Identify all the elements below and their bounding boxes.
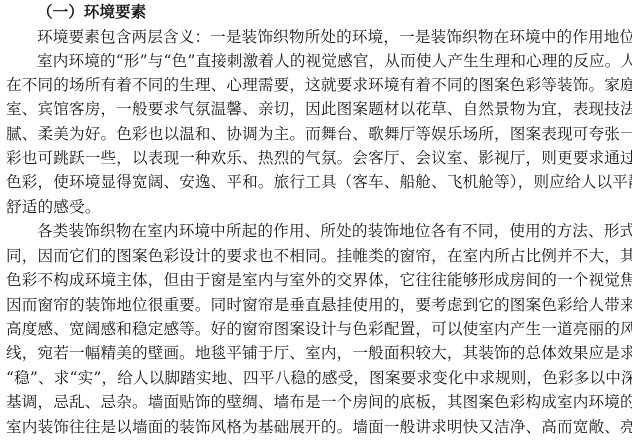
paragraph-2-line-7: 舒适的感受。 bbox=[6, 197, 626, 217]
paragraph-3-line-4: 因而窗帘的装饰地位很重要。同时窗帘是垂直悬挂使用的，要考虑到它的图案色彩给人带来… bbox=[6, 295, 626, 315]
paragraph-3-line-3: 色彩不构成环境主体，但由于窗是室内与室外的交界体，它往往能够形成房间的一个视觉焦… bbox=[6, 270, 626, 290]
paragraph-3-line-2: 同，因而它们的图案色彩设计的要求也不相同。挂帷类的窗帘，在室内所占比例并不大，其… bbox=[6, 246, 626, 266]
paragraph-1-line-1: 环境要素包含两层含义：一是装饰织物所处的环境，一是装饰织物在环境中的作用地位。 bbox=[37, 27, 626, 47]
section-title: （一）环境要素 bbox=[37, 2, 146, 22]
paragraph-2-line-1: 室内环境的“形”与“色”直接刺激着人的视觉感官，从而使人产生生理和心理的反应。人 bbox=[37, 51, 626, 71]
document-page: （一）环境要素 环境要素包含两层含义：一是装饰织物所处的环境，一是装饰织物在环境… bbox=[0, 0, 632, 448]
paragraph-2-line-5: 彩也可跳跃一些，以表现一种欢乐、热烈的气氛。会客厅、会议室、影视厅，则更要求通过… bbox=[6, 148, 626, 168]
paragraph-3-line-9: 室内装饰往往是以墙面的装饰风格为基础展开的。墙面一般讲求明快又洁净、高而宽敞、亮… bbox=[6, 417, 626, 437]
paragraph-3-line-6: 线，宛若一幅精美的壁画。地毯平铺于厅、室内，一般面积较大，其装饰的总体效果应是求 bbox=[6, 343, 626, 363]
paragraph-3-line-8: 基调，忌乱、忌杂。墙面贴饰的壁绸、墙布是一个房间的底板，其图案色彩构成室内环境的… bbox=[6, 392, 626, 412]
paragraph-3-line-7: “稳”、求“实”，给人以脚踏实地、四平八稳的感受，图案要求变化中求规则，色彩多以… bbox=[6, 368, 626, 388]
paragraph-2-line-4: 腻、柔美为好。色彩也以温和、协调为主。而舞台、歌舞厅等娱乐场所，图案表现可夸张一… bbox=[6, 124, 626, 144]
paragraph-3-line-1: 各类装饰织物在室内环境中所起的作用、所处的装饰地位各有不同，使用的方法、形式也不 bbox=[37, 221, 626, 241]
paragraph-3-line-5: 高度感、宽阔感和稳定感等。好的窗帘图案设计与色彩配置，可以使室内产生一道亮丽的风… bbox=[6, 319, 626, 339]
paragraph-2-line-2: 在不同的场所有着不同的生理、心理需要，这就要求环境有着不同的图案色彩等装饰。家庭… bbox=[6, 75, 626, 95]
paragraph-2-line-6: 色彩，使环境显得宽阔、安逸、平和。旅行工具（客车、船舱、飞机舱等），则应给人以平… bbox=[6, 172, 626, 192]
paragraph-2-line-3: 室、宾馆客房，一般要求气氛温馨、亲切，因此图案题材以花草、自然景物为宜，表现技法… bbox=[6, 99, 626, 119]
